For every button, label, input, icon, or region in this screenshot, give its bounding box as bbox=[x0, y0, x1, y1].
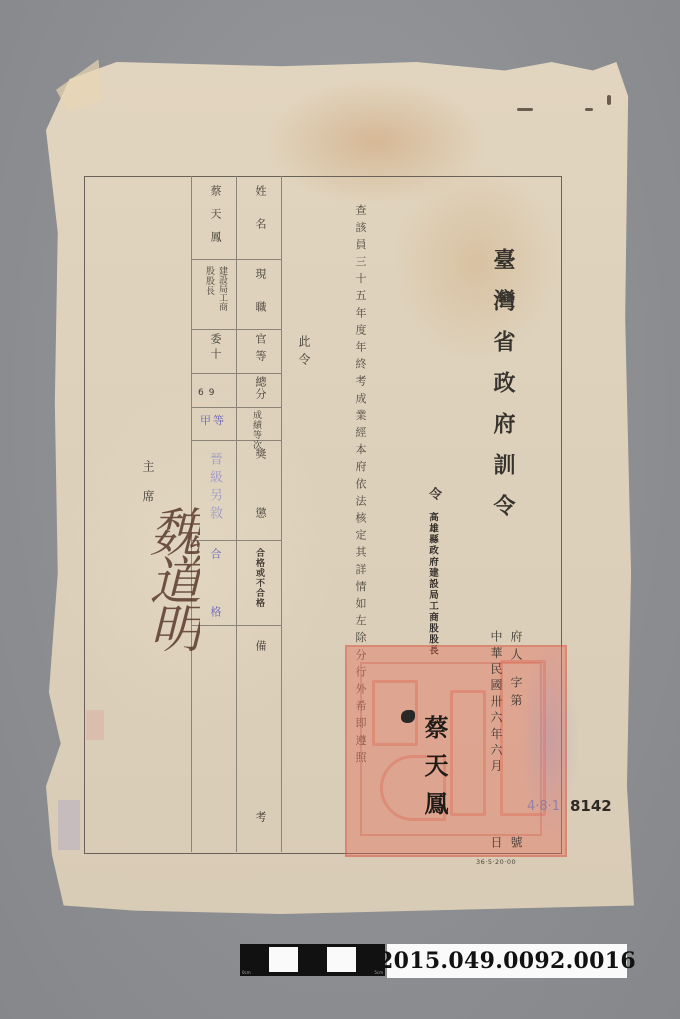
chairman-signature: 魏道明 bbox=[88, 505, 208, 705]
header-position: 現職 bbox=[252, 268, 268, 334]
damage-mark bbox=[585, 108, 593, 111]
cell-score: 69 bbox=[198, 388, 219, 398]
cell-position-line1: 建設局工商 bbox=[216, 266, 229, 311]
header-qualified: 合格或不合格 bbox=[253, 548, 266, 608]
accession-number: 2015.049.0092.0016 bbox=[387, 944, 627, 978]
scale-label-start: 0cm bbox=[242, 970, 251, 975]
reference-number: 8142 bbox=[570, 797, 612, 815]
scale-bar: 0cm 5cm bbox=[240, 944, 385, 976]
table-line bbox=[191, 407, 281, 408]
issue-date: 中華民國卅六年六月 bbox=[488, 630, 505, 776]
scale-segment bbox=[327, 947, 356, 972]
damage-mark bbox=[607, 95, 611, 105]
document-title: 臺灣省政府訓令 bbox=[488, 248, 519, 535]
print-mark: 36·5·20·00 bbox=[476, 858, 516, 866]
header-grade: 成績等次 bbox=[250, 410, 263, 450]
cell-qualified-top: 合 bbox=[207, 548, 223, 569]
header-score: 總分 bbox=[252, 376, 268, 400]
recipient-name: 蔡天鳳 bbox=[417, 715, 452, 829]
cell-position-line2: 股股長 bbox=[203, 266, 216, 296]
table-line bbox=[191, 373, 281, 374]
seal-trace bbox=[86, 710, 104, 740]
cell-grade: 甲等 bbox=[200, 412, 226, 428]
closing-text: 此令 bbox=[296, 335, 313, 371]
cell-rank: 委十 bbox=[207, 333, 223, 363]
cell-name: 蔡天鳳 bbox=[207, 185, 223, 254]
serial-prefix: 字第 bbox=[508, 676, 525, 712]
table-line bbox=[236, 176, 237, 852]
header-name: 姓名 bbox=[252, 185, 268, 251]
damage-mark bbox=[517, 108, 533, 111]
recipient-title: 高雄縣政府建設局工商股股長 bbox=[425, 512, 439, 656]
table-line bbox=[191, 440, 281, 441]
stamped-number: 4·8·1 bbox=[527, 799, 560, 814]
serial-suffix: 號 bbox=[508, 836, 525, 848]
table-line bbox=[281, 176, 282, 852]
issuing-office: 府人 bbox=[508, 630, 525, 666]
table-line bbox=[191, 259, 281, 260]
punch-hole bbox=[401, 710, 415, 723]
header-remarks: 備考 bbox=[252, 640, 268, 982]
ink-smudge bbox=[58, 800, 80, 850]
seal-glyph bbox=[450, 690, 486, 816]
cell-qualified-bottom: 格 bbox=[207, 606, 223, 627]
scale-segment bbox=[269, 947, 298, 972]
header-rank: 官等 bbox=[252, 333, 268, 367]
order-heading: 令 bbox=[424, 487, 443, 504]
issue-day: 日 bbox=[488, 836, 505, 848]
